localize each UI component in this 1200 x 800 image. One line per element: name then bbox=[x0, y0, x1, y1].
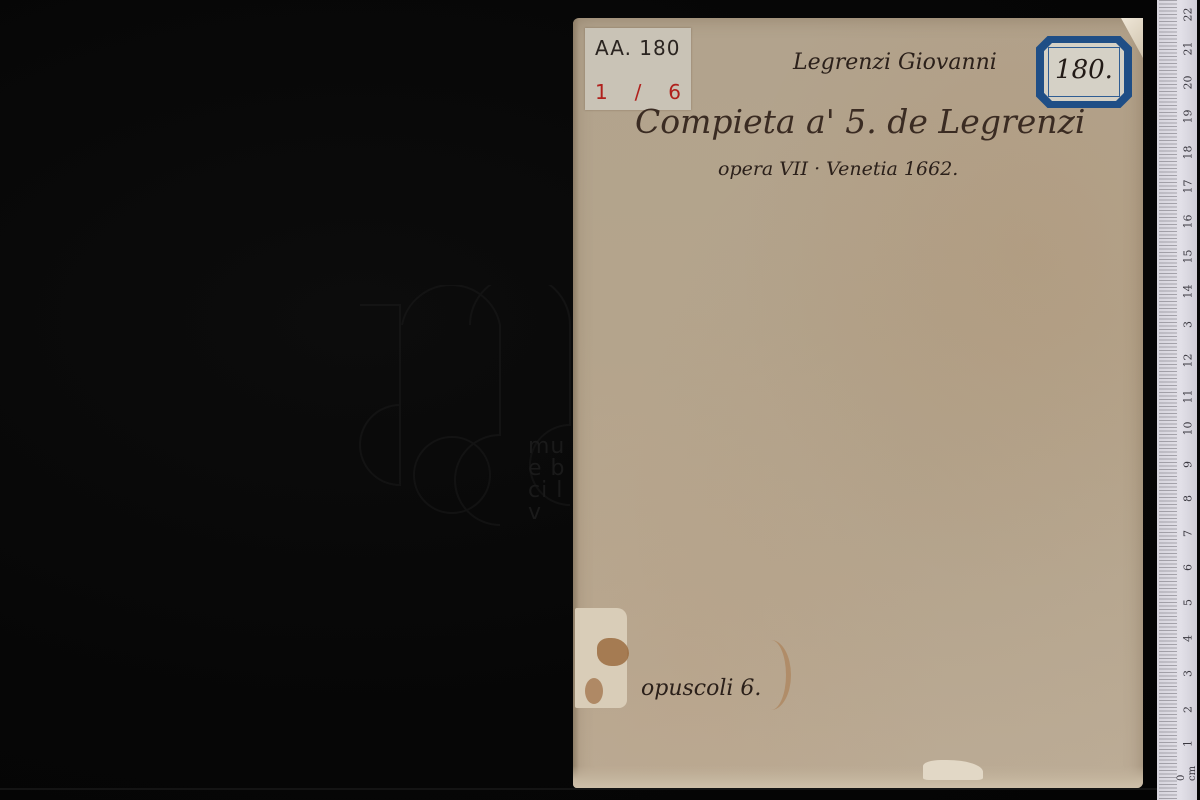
catalog-number-label: 180. bbox=[1036, 36, 1132, 108]
ruler-mark: 1 bbox=[1182, 737, 1195, 751]
ruler-mark: 19 bbox=[1182, 110, 1195, 124]
water-stain bbox=[585, 678, 603, 704]
ruler-mark: 17 bbox=[1182, 180, 1195, 194]
ruler-mark: 11 bbox=[1182, 390, 1195, 404]
watermark-line: e b bbox=[528, 458, 566, 480]
ruler-mark: 18 bbox=[1182, 146, 1195, 160]
ruler-mark: 10 bbox=[1182, 422, 1195, 436]
watermark-line: mu bbox=[528, 436, 566, 458]
scan-bed-edge bbox=[0, 788, 1160, 790]
title-inscription: Compieta a' 5. de Legrenzi bbox=[635, 102, 1085, 141]
ruler-mark: 3 bbox=[1182, 667, 1195, 681]
measurement-ruler: 0 cm 1 2 3 4 5 6 7 8 9 10 11 12 3 14 15 … bbox=[1157, 0, 1197, 800]
opus-inscription: opera VII · Venetia 1662. bbox=[718, 158, 958, 180]
ruler-ticks bbox=[1159, 0, 1177, 800]
catalog-number: 180. bbox=[1044, 55, 1124, 85]
manuscript-cover: AA. 180 1 / 6 Legrenzi Giovanni Compieta… bbox=[573, 18, 1143, 788]
ruler-unit-label: 0 cm bbox=[1176, 761, 1198, 781]
ruler-mark: 4 bbox=[1182, 632, 1195, 646]
ruler-mark: 21 bbox=[1182, 42, 1195, 56]
ruler-mark: 2 bbox=[1182, 703, 1195, 717]
ruler-mark: 12 bbox=[1182, 354, 1195, 368]
ruler-mark: 3 bbox=[1182, 318, 1195, 332]
ruler-mark: 6 bbox=[1182, 561, 1195, 575]
author-inscription: Legrenzi Giovanni bbox=[793, 50, 997, 75]
catalog-label-paper: 180. bbox=[1044, 43, 1124, 101]
page-frayed-bottom bbox=[573, 766, 1143, 788]
bottom-edge-tear bbox=[923, 760, 983, 780]
ruler-mark: 7 bbox=[1182, 527, 1195, 541]
ruler-mark: 16 bbox=[1182, 215, 1195, 229]
bundle-note-inscription: opuscoli 6. bbox=[641, 676, 761, 701]
watermark-text: mu e b ci l v bbox=[528, 436, 566, 524]
shelf-mark: AA. 180 bbox=[595, 36, 680, 60]
volume-separator: / bbox=[635, 80, 642, 104]
volume-total: 6 bbox=[668, 80, 681, 104]
ruler-mark: 22 bbox=[1182, 8, 1195, 22]
ruler-mark: 14 bbox=[1182, 285, 1195, 299]
shelf-mark-label: AA. 180 1 / 6 bbox=[585, 28, 691, 110]
watermark-line: ci l bbox=[528, 480, 566, 502]
ruler-mark: 15 bbox=[1182, 250, 1195, 264]
ruler-mark: 20 bbox=[1182, 76, 1195, 90]
water-stain bbox=[597, 638, 629, 666]
ruler-mark: 9 bbox=[1182, 458, 1195, 472]
ruler-mark: 5 bbox=[1182, 596, 1195, 610]
volume-number: 1 / 6 bbox=[595, 80, 681, 104]
ruler-mark: 8 bbox=[1182, 492, 1195, 506]
volume-index: 1 bbox=[595, 80, 608, 104]
watermark-line: v bbox=[528, 502, 566, 524]
